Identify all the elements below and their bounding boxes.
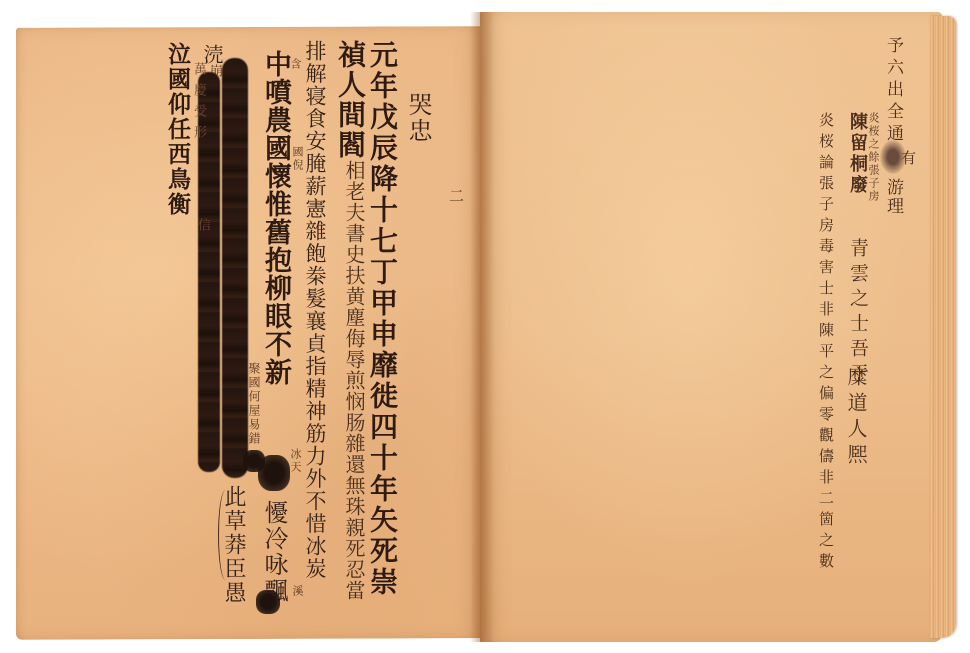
manuscript-photo: 哭忠 二 元年戊辰降十七丁甲申靡徙四十年矢死崇 禎人間閻 相老夫書史扶黄塵侮辱煎…: [0, 0, 970, 653]
column-4-note-b: 國倪: [292, 146, 303, 172]
column-4-note-c: 冰天: [290, 448, 301, 474]
column-3: 排解寝食安腌薪憲雜飽桊髮襄貞指精神筋力外不惜冰炭: [304, 40, 325, 580]
column-7-note: 萬慶受形: [192, 62, 205, 146]
redacted-column: [222, 58, 248, 478]
column-2-small: 相老夫書史扶黄塵侮辱煎悯肠雜還無珠親死忍當: [344, 160, 364, 601]
right-column-1: 予六出全通: [884, 36, 901, 146]
right-column-2c: 糜道人熈: [846, 366, 866, 470]
heading: 哭忠: [406, 92, 430, 144]
column-4-lower: 懮冷咏飄: [262, 500, 286, 604]
right-column-1b: 游理: [884, 178, 901, 216]
right-column-3: 炎桜論張子房毒害士非陳平之偏零觀儔非二箇之數: [818, 112, 833, 574]
page-number: 二: [448, 188, 463, 205]
column-5-note: 聚國何屋易錯: [248, 362, 260, 446]
column-2-large: 禎人間閻: [336, 40, 364, 160]
right-column-2: 陳留桐廢: [848, 112, 866, 196]
page-edges: [930, 16, 956, 638]
ink-redaction: [256, 590, 280, 614]
bracket-mark: [218, 490, 233, 580]
column-1: 元年戊辰降十七丁甲申靡徙四十年矢死崇: [368, 40, 396, 598]
right-column-2-note: 炎桜之餘張子房: [868, 112, 879, 203]
right-page: [480, 12, 942, 642]
book-gutter: [470, 12, 494, 642]
column-7: 泣國仰任西鳥衡: [166, 42, 189, 217]
column-4-note-a: 含: [290, 58, 301, 71]
ink-redaction: [243, 450, 265, 472]
column-4: 中噴農國懷惟舊抱柳眼不新: [262, 50, 289, 386]
column-4-note-d: 溪: [292, 585, 303, 598]
ink-smudge: [880, 140, 906, 174]
column-7-note-b: 信: [196, 218, 209, 233]
